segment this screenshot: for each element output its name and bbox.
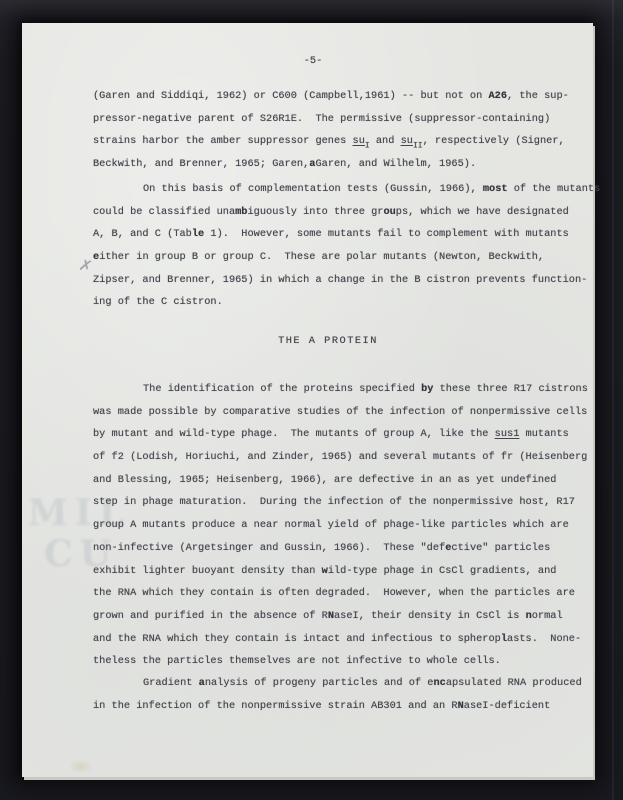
text-segment: could be classified una (93, 206, 235, 218)
text-line: and Blessing, 1965; Heisenberg, 1966), a… (93, 469, 588, 492)
text-segment: aseI-deficient (464, 700, 551, 712)
text-segment: mutants (519, 428, 568, 440)
text-segment: non-infective (Argetsinger and Gussin, 1… (93, 542, 445, 554)
text-segment: was made possible by comparative studies… (93, 406, 587, 418)
text-segment: ither in group B or group C. These are p… (99, 251, 544, 263)
text-line: exhibit lighter buoyant density than wil… (93, 560, 588, 583)
text-segment: of the mutants (508, 183, 601, 195)
underlined-text: sus1 (495, 428, 520, 440)
text-segment: , the sup- (507, 90, 569, 102)
text-segment: On this basis of complementation tests (… (143, 183, 483, 195)
subscript-text: II (413, 142, 423, 151)
manuscript-page: MIL CU -5- (Garen and Siddiqi, 1962) or … (22, 23, 593, 777)
text-line: non-infective (Argetsinger and Gussin, 1… (93, 537, 588, 560)
text-segment: ild-type phage in CsCl gradients, and (328, 565, 557, 577)
text-segment: The identification of the proteins speci… (143, 383, 421, 395)
text-segment: and (370, 135, 401, 147)
text-segment: ing of the C cistron. (93, 296, 223, 308)
text-line: Zipser, and Brenner, 1965) in which a ch… (93, 269, 600, 292)
paragraph: Gradient analysis of progeny particles a… (93, 672, 582, 717)
text-line: The identification of the proteins speci… (93, 378, 588, 401)
paragraph: On this basis of complementation tests (… (93, 178, 600, 314)
overstruck-text: A26 (488, 90, 507, 102)
underlined-text: su (353, 135, 365, 147)
handwritten-margin-checkmark: ✗ (77, 255, 95, 277)
text-segment: nalysis of progeny particles and of e (205, 677, 434, 689)
section-heading: THE A PROTEIN (93, 330, 563, 353)
text-line: either in group B or group C. These are … (93, 246, 600, 269)
underlined-text: su (401, 135, 413, 147)
text-line: of f2 (Lodish, Horiuchi, and Zinder, 196… (93, 446, 588, 469)
text-line: A, B, and C (Table 1). However, some mut… (93, 223, 600, 246)
text-segment: in the infection of the nonpermissive st… (93, 700, 458, 712)
paper-stain (68, 759, 94, 774)
overstruck-text: nc (433, 677, 445, 689)
text-segment: theless the particles themselves are not… (93, 655, 501, 667)
text-segment: Zipser, and Brenner, 1965) in which a ch… (93, 274, 587, 286)
text-segment: of f2 (Lodish, Horiuchi, and Zinder, 196… (93, 451, 587, 463)
text-line: by mutant and wild-type phage. The mutan… (93, 423, 588, 446)
text-line: step in phage maturation. During the inf… (93, 491, 588, 514)
text-segment: and Blessing, 1965; Heisenberg, 1966), a… (93, 474, 556, 486)
text-segment: ctive" particles (451, 542, 550, 554)
text-line: and the RNA which they contain is intact… (93, 628, 588, 651)
text-segment: apsulated RNA produced (446, 677, 582, 689)
text-line: could be classified unambiguously into t… (93, 201, 600, 224)
text-line: Beckwith, and Brenner, 1965; Garen,aGare… (93, 153, 569, 176)
text-line: (Garen and Siddiqi, 1962) or C600 (Campb… (93, 85, 569, 108)
text-line: theless the particles themselves are not… (93, 650, 588, 673)
text-line: On this basis of complementation tests (… (93, 178, 600, 201)
text-line: Gradient analysis of progeny particles a… (93, 672, 582, 695)
text-segment: 1). However, some mutants fail to comple… (204, 228, 569, 240)
text-segment: Beckwith, and Brenner, 1965; Garen, (93, 158, 309, 170)
text-line: ing of the C cistron. (93, 291, 600, 314)
text-segment: exhibit lighter buoyant density than (93, 565, 322, 577)
text-segment: the RNA which they contain is often degr… (93, 587, 575, 599)
text-line: group A mutants produce a near normal yi… (93, 514, 588, 537)
paragraph: (Garen and Siddiqi, 1962) or C600 (Campb… (93, 85, 569, 176)
text-segment: Garen, and Wilhelm, 1965). (315, 158, 476, 170)
text-segment: asts. None- (507, 633, 581, 645)
text-segment: iguously into three gr (247, 206, 383, 218)
text-segment: step in phage maturation. During the inf… (93, 496, 575, 508)
text-line: was made possible by comparative studies… (93, 401, 588, 424)
text-segment: (Garen and Siddiqi, 1962) or C600 (Campb… (93, 90, 488, 102)
text-segment: by mutant and wild-type phage. The mutan… (93, 428, 495, 440)
overstruck-text: by (421, 383, 433, 395)
text-line: the RNA which they contain is often degr… (93, 582, 588, 605)
overstruck-text: ou (383, 206, 395, 218)
overstruck-text: mb (235, 206, 247, 218)
text-line: strains harbor the amber suppressor gene… (93, 130, 569, 153)
text-segment: grown and purified in the absence of R (93, 610, 328, 622)
text-segment: A, B, and C (Tab (93, 228, 192, 240)
text-segment: and the RNA which they contain is intact… (93, 633, 501, 645)
text-line: grown and purified in the absence of RNa… (93, 605, 588, 628)
text-segment: group A mutants produce a near normal yi… (93, 519, 569, 531)
text-segment: pressor-negative parent of S26R1E. The p… (93, 113, 550, 125)
text-segment: these three R17 cistrons (433, 383, 587, 395)
page-number: -5- (93, 50, 533, 73)
text-line: in the infection of the nonpermissive st… (93, 695, 582, 718)
overstruck-text: le (192, 228, 204, 240)
text-segment: Gradient (143, 677, 199, 689)
overstruck-text: most (483, 183, 508, 195)
text-segment: aseI, their density in CsCl is (334, 610, 526, 622)
text-segment: strains harbor the amber suppressor gene… (93, 135, 353, 147)
text-segment: , respectively (Signer, (423, 135, 565, 147)
text-segment: ps, which we have designated (396, 206, 569, 218)
text-segment: ormal (532, 610, 563, 622)
text-line: pressor-negative parent of S26R1E. The p… (93, 108, 569, 131)
paragraph: The identification of the proteins speci… (93, 378, 588, 673)
